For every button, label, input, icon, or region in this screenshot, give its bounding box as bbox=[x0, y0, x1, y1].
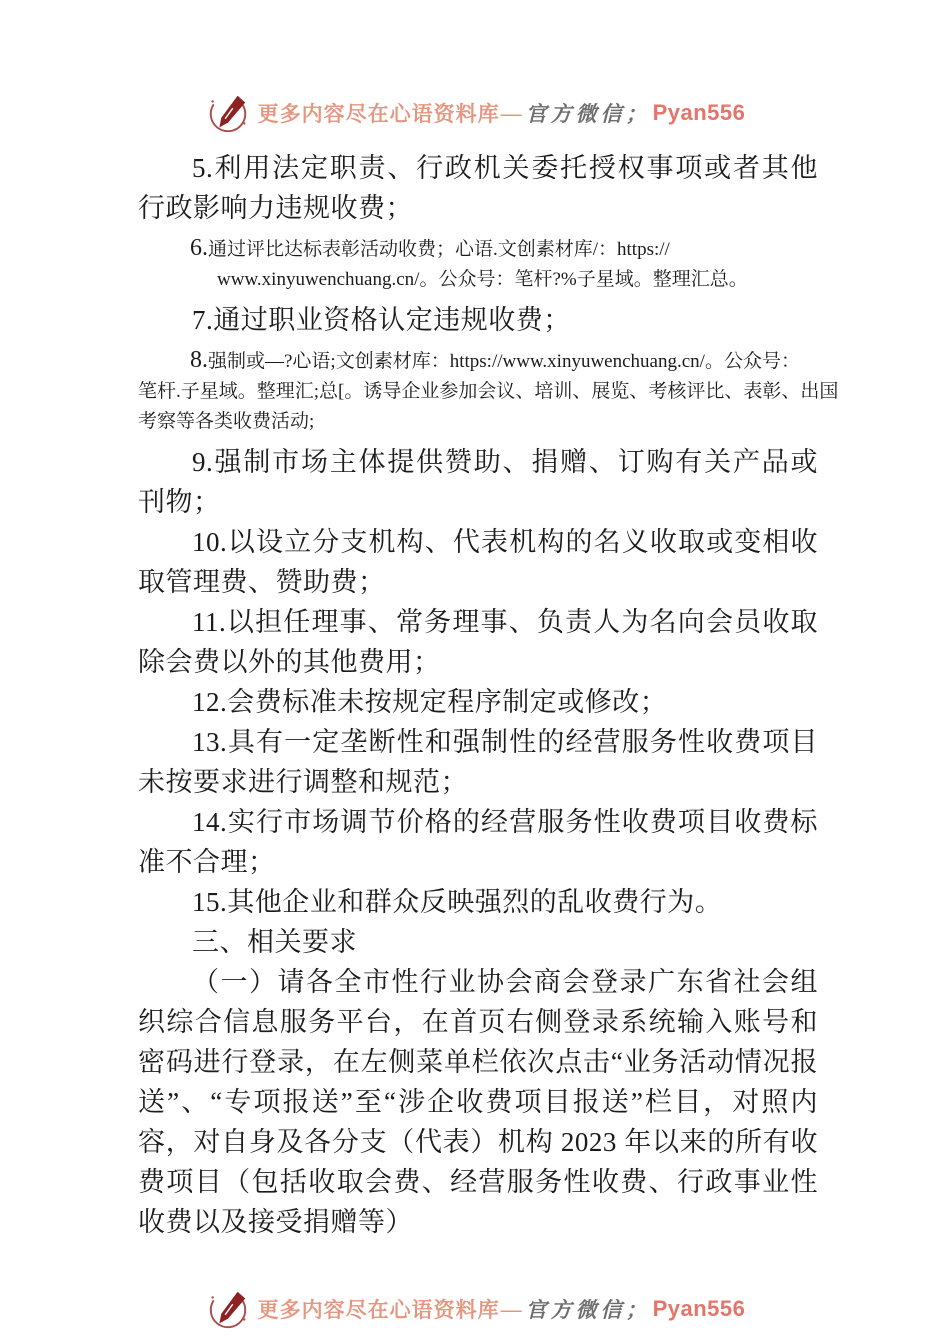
item-number: 6. bbox=[190, 235, 208, 261]
list-item-11: 11.以担任理事、常务理事、负责人为名向会员收取除会费以外的其他费用； bbox=[138, 602, 818, 682]
official-wechat-label: 官方微信； bbox=[526, 98, 651, 128]
document-body: 5.利用法定职责、行政机关委托授权事项或者其他行政影响力违规收费； 6.通过评比… bbox=[138, 148, 818, 1242]
section-heading: 三、相关要求 bbox=[138, 922, 818, 962]
list-item-14: 14.实行市场调节价格的经营服务性收费项目收费标准不合理； bbox=[138, 802, 818, 882]
header-watermark: 更多内容尽在心语资料库—官方微信；Pyan556 bbox=[0, 90, 950, 136]
item-number: 8. bbox=[190, 347, 208, 373]
official-wechat-label: 官方微信； bbox=[526, 1294, 651, 1324]
wechat-id-text: Pyan556 bbox=[653, 100, 746, 126]
pen-swirl-logo-icon bbox=[205, 90, 251, 136]
watermark-line: www.xinyuwenchuang.cn/。公众号：笔杆?%子星域。整理汇总。 bbox=[138, 265, 818, 295]
document-page: 更多内容尽在心语资料库—官方微信；Pyan556 5.利用法定职责、行政机关委托… bbox=[0, 0, 950, 1344]
footer-watermark: 更多内容尽在心语资料库—官方微信；Pyan556 bbox=[0, 1286, 950, 1332]
list-item-7: 7.通过职业资格认定违规收费； bbox=[138, 300, 818, 340]
watermark-line: 考察等各类收费活动; bbox=[138, 407, 818, 437]
watermark-line: 8.强制或—?心语;文创素材库：https://www.xinyuwenchua… bbox=[138, 345, 818, 377]
watermark-line: 6.通过评比达标表彰活动收费；心语.文创素材库/：https:// bbox=[138, 233, 818, 265]
list-item-15: 15.其他企业和群众反映强烈的乱收费行为。 bbox=[138, 882, 818, 922]
wechat-id-text: Pyan556 bbox=[653, 1296, 746, 1322]
requirements-paragraph: （一）请各全市性行业协会商会登录广东省社会组织综合信息服务平台，在首页右侧登录系… bbox=[138, 962, 818, 1242]
dash-separator: — bbox=[501, 101, 523, 126]
dash-separator: — bbox=[501, 1297, 523, 1322]
list-item-6-watermark: 6.通过评比达标表彰活动收费；心语.文创素材库/：https:// www.xi… bbox=[138, 233, 818, 295]
brand-text: 更多内容尽在心语资料库 bbox=[258, 1294, 500, 1324]
list-item-10: 10.以设立分支机构、代表机构的名义收取或变相收取管理费、赞助费； bbox=[138, 522, 818, 602]
watermark-text: 通过评比达标表彰活动收费；心语.文创素材库/：https:// bbox=[208, 239, 670, 260]
brand-text: 更多内容尽在心语资料库 bbox=[258, 98, 500, 128]
watermark-line: 笔杆.子星域。整理汇;总[。诱导企业参加会议、培训、展览、考核评比、表彰、出国 bbox=[138, 377, 818, 407]
list-item-13: 13.具有一定垄断性和强制性的经营服务性收费项目未按要求进行调整和规范； bbox=[138, 722, 818, 802]
pen-swirl-logo-icon bbox=[205, 1286, 251, 1332]
list-item-9: 9.强制市场主体提供赞助、捐赠、订购有关产品或刊物； bbox=[138, 442, 818, 522]
list-item-5: 5.利用法定职责、行政机关委托授权事项或者其他行政影响力违规收费； bbox=[138, 148, 818, 228]
list-item-12: 12.会费标准未按规定程序制定或修改； bbox=[138, 682, 818, 722]
watermark-text: 强制或—?心语;文创素材库：https://www.xinyuwenchuang… bbox=[208, 351, 800, 372]
list-item-8-watermark: 8.强制或—?心语;文创素材库：https://www.xinyuwenchua… bbox=[138, 345, 818, 437]
